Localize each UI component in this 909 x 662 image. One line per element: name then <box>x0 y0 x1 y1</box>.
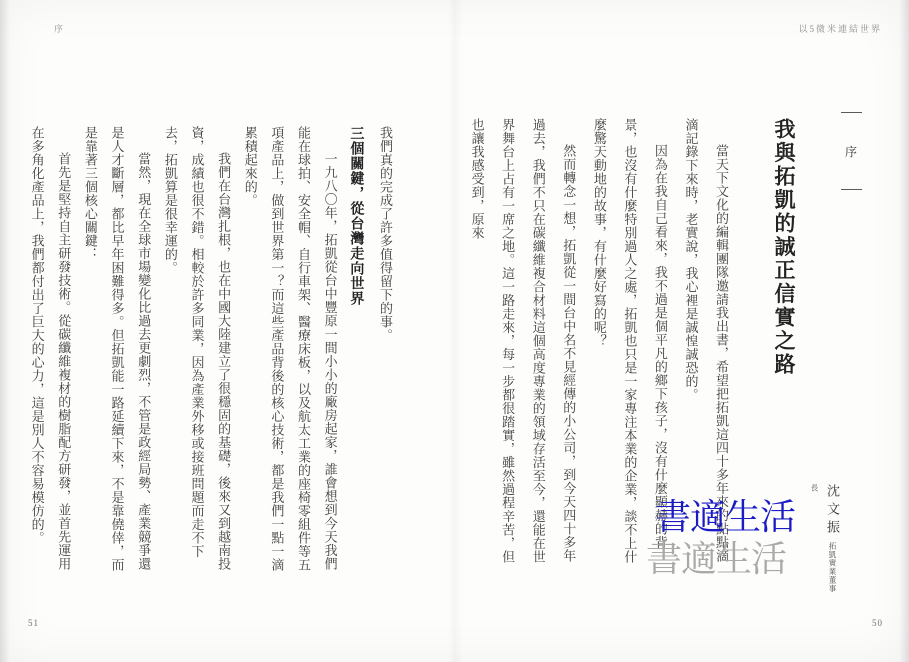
paragraph: 一九八〇年，拓凱從台中豐原一間小小的廠房起家，誰會想到今天我們能在球拍、安全帽、… <box>236 126 343 576</box>
paragraph: 因為在我自己看來，我不過是個平凡的鄉下孩子，沒有什麼顯赫的背景，也沒有什麼特別過… <box>583 118 675 573</box>
marker-rule-bottom <box>841 189 862 190</box>
author-name: 沈文振 <box>825 484 840 538</box>
page-edge-left <box>0 0 10 662</box>
left-page-body: 我們真的完成了許多值得留下的事。 三個關鍵，從台灣走向世界 一九八〇年，拓凱從台… <box>50 126 398 576</box>
page-number-left: 51 <box>28 618 39 628</box>
page-edge-right <box>899 0 909 662</box>
author-block: 沈文振 拓凱實業董事長 <box>820 484 842 599</box>
section-label: 序 <box>845 143 857 160</box>
paragraph: 當天下文化的編輯團隊邀請我出書，希望把拓凱這四十多年來的點點滴滴記錄下來時，老實… <box>675 118 736 573</box>
book-spread: 序 我們真的完成了許多值得留下的事。 三個關鍵，從台灣走向世界 一九八〇年，拓凱… <box>0 0 909 662</box>
running-head-right: 以5微米連結世界 <box>798 22 882 35</box>
chapter-title: 我與拓凱的誠正信實之路 <box>763 118 799 386</box>
paragraph-continuation: 我們真的完成了許多值得留下的事。 <box>371 126 398 576</box>
paragraph: 然而轉念一想，拓凱從一間台中名不見經傳的小公司，到今天四十多年過去，我們不只在碳… <box>461 118 583 573</box>
paragraph: 我們在台灣扎根，也在中國大陸建立了很穩固的基礎，後來又到越南投資，成績也很不錯。… <box>156 126 236 576</box>
section-heading: 三個關鍵，從台灣走向世界 <box>343 126 372 576</box>
paragraph: 當然，現在全球市場變化比過去更劇烈，不管是政經局勢、產業競爭還是人才斷層，都比早… <box>76 126 156 576</box>
right-page-body: 當天下文化的編輯團隊邀請我出書，希望把拓凱這四十多年來的點點滴滴記錄下來時，老實… <box>487 118 736 573</box>
paragraph: 首先是堅持自主研發技術。從碳纖維複材的樹脂配方研發，並首先運用在多角化產品上，我… <box>23 126 76 576</box>
page-gutter <box>448 0 462 662</box>
section-marker: 序 <box>836 112 866 190</box>
running-head-left: 序 <box>54 22 65 35</box>
page-number-right: 50 <box>872 618 883 628</box>
marker-rule-top <box>841 112 862 113</box>
